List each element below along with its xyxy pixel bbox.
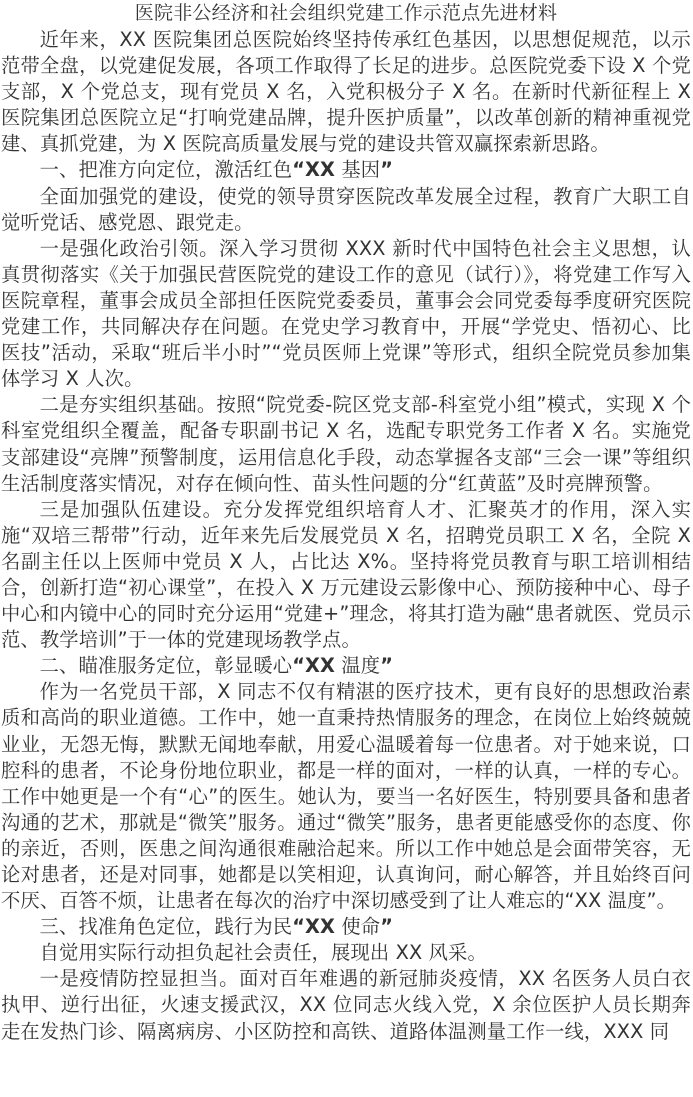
section-heading-2: 二、瞄准服务定位，彰显暖心“XX 温度”: [1, 653, 691, 679]
section-heading-1-bold: “XX: [292, 158, 335, 181]
section-1-paragraph: 一是强化政治引领。深入学习贯彻 XXX 新时代中国特色社会主义思想，认真贯彻落实…: [1, 236, 691, 393]
section-heading-3-close-quote: ”: [380, 915, 393, 938]
section-heading-2-text: 二、瞄准服务定位，彰显暖心: [40, 654, 293, 677]
section-heading-1-text: 一、把准方向定位，激活红色: [40, 158, 293, 181]
section-heading-2-keyword: 温度: [335, 654, 380, 677]
section-heading-2-close-quote: ”: [380, 654, 393, 677]
section-3-paragraph: 一是疫情防控显担当。面对百年难遇的新冠肺炎疫情，XX 名医务人员白衣执甲、逆行出…: [1, 966, 691, 1044]
section-1-paragraph: 三是加强队伍建设。充分发挥党组织培育人才、汇聚英才的作用，深入实施“双培三帮带”…: [1, 497, 691, 654]
section-heading-1: 一、把准方向定位，激活红色“XX 基因”: [1, 157, 691, 183]
section-heading-3-bold: “XX: [292, 915, 335, 938]
document-title: 医院非公经济和社会组织党建工作示范点先进材料: [1, 0, 691, 27]
section-heading-3-keyword: 使命: [335, 915, 380, 938]
document: 医院非公经济和社会组织党建工作示范点先进材料 近年来，XX 医院集团总医院始终坚…: [0, 0, 693, 1045]
section-heading-3-text: 三、找准角色定位，践行为民: [40, 915, 293, 938]
section-2-paragraph: 作为一名党员干部，X 同志不仅有精湛的医疗技术，更有良好的思想政治素质和高尚的职…: [1, 679, 691, 914]
section-heading-1-close-quote: ”: [380, 158, 393, 181]
section-1-paragraph: 二是夯实组织基础。按照“院党委-院区党支部-科室党小组”模式，实现 X 个科室党…: [1, 392, 691, 496]
section-heading-2-bold: “XX: [292, 654, 335, 677]
section-1-paragraph: 全面加强党的建设，使党的领导贯穿医院改革发展全过程，教育广大职工自觉听党话、感党…: [1, 184, 691, 236]
section-heading-3: 三、找准角色定位，践行为民“XX 使命”: [1, 914, 691, 940]
intro-paragraph: 近年来，XX 医院集团总医院始终坚持传承红色基因，以思想促规范，以示范带全盘，以…: [1, 27, 691, 157]
section-3-paragraph: 自觉用实际行动担负起社会责任，展现出 XX 风采。: [1, 940, 691, 966]
section-heading-1-keyword: 基因: [335, 158, 380, 181]
